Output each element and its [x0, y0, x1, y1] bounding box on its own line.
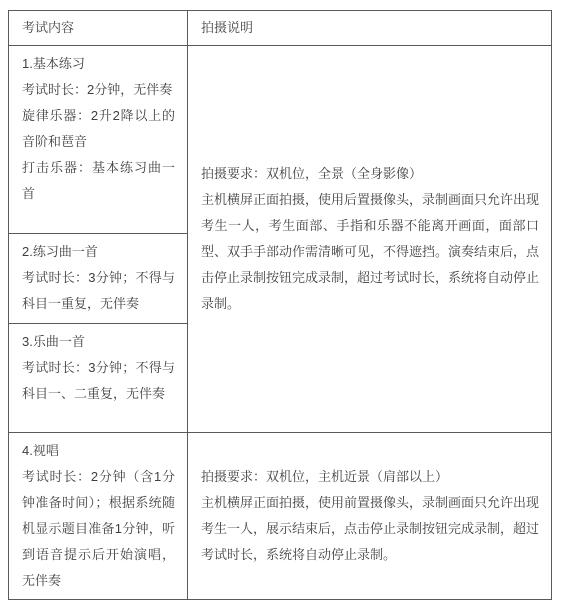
table-header-row: 考试内容 拍摄说明 [9, 11, 552, 46]
exam-filming-table: 考试内容 拍摄说明 1.基本练习 考试时长：2分钟，无伴奏 旋律乐器：2升2降以… [8, 10, 552, 600]
shooting-cell-close-shot: 拍摄要求：双机位，主机近景（肩部以上） 主机横屏正面拍摄，使用前置摄像头，录制画… [188, 433, 552, 600]
paragraph: 主机横屏正面拍摄，使用前置摄像头，录制画面只允许出现考生一人，展示结束后，点击停… [201, 490, 539, 568]
paragraph: 打击乐器：基本练习曲一首 [22, 155, 175, 207]
paragraph: 拍摄要求：双机位，主机近景（肩部以上） [201, 464, 539, 490]
paragraph: 考试时长：3分钟；不得与科目一重复，无伴奏 [22, 265, 175, 317]
paragraph: 主机横屏正面拍摄，使用后置摄像头，录制画面只允许出现考生一人，考生面部、手指和乐… [201, 187, 539, 317]
table-row: 1.基本练习 考试时长：2分钟，无伴奏 旋律乐器：2升2降以上的音阶和琶音 打击… [9, 46, 552, 234]
paragraph: 旋律乐器：2升2降以上的音阶和琶音 [22, 103, 175, 155]
paragraph: 1.基本练习 [22, 51, 175, 77]
exam-cell-etude: 2.练习曲一首 考试时长：3分钟；不得与科目一重复，无伴奏 [9, 234, 188, 324]
exam-cell-basic-practice: 1.基本练习 考试时长：2分钟，无伴奏 旋律乐器：2升2降以上的音阶和琶音 打击… [9, 46, 188, 234]
paragraph: 考试时长：3分钟；不得与科目一、二重复，无伴奏 [22, 355, 175, 407]
paragraph: 拍摄要求：双机位，全景（全身影像） [201, 161, 539, 187]
header-shooting-instructions: 拍摄说明 [188, 11, 552, 46]
header-exam-content: 考试内容 [9, 11, 188, 46]
shooting-cell-full-shot: 拍摄要求：双机位，全景（全身影像） 主机横屏正面拍摄，使用后置摄像头，录制画面只… [188, 46, 552, 433]
table-row: 4.视唱 考试时长：2分钟（含1分钟准备时间）；根据系统随机显示题目准备1分钟，… [9, 433, 552, 600]
exam-cell-sight-singing: 4.视唱 考试时长：2分钟（含1分钟准备时间）；根据系统随机显示题目准备1分钟，… [9, 433, 188, 600]
paragraph: 4.视唱 [22, 438, 175, 464]
exam-cell-music-piece: 3.乐曲一首 考试时长：3分钟；不得与科目一、二重复，无伴奏 [9, 324, 188, 433]
paragraph: 3.乐曲一首 [22, 329, 175, 355]
paragraph: 2.练习曲一首 [22, 239, 175, 265]
paragraph: 考试时长：2分钟，无伴奏 [22, 77, 175, 103]
paragraph: 考试时长：2分钟（含1分钟准备时间）；根据系统随机显示题目准备1分钟，听到语音提… [22, 464, 175, 594]
